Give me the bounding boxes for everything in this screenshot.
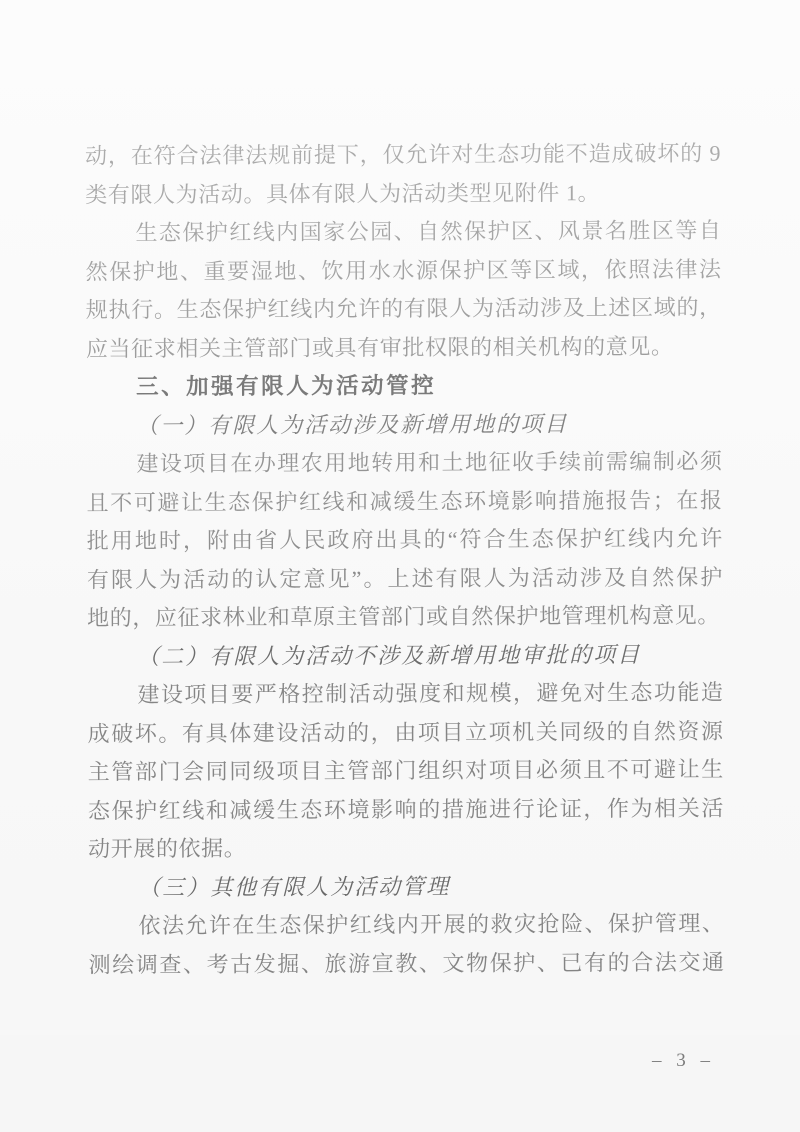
page-number: – 3 – <box>652 1050 715 1072</box>
body-text-line: 动，在符合法律法规前提下，仅允许对生态功能不造成破坏的 9 <box>85 135 721 176</box>
section-heading-line: 三、加强有限人为活动管控 <box>86 366 722 407</box>
document-text-block: 动，在符合法律法规前提下，仅允许对生态功能不造成破坏的 9类有限人为活动。具体有… <box>85 135 725 985</box>
body-text-line: 主管部门会同同级项目主管部门组织对项目必须且不可避让生 <box>88 751 724 792</box>
body-text-line: 地的，应征求林业和草原主管部门或自然保护地管理机构意见。 <box>87 597 723 638</box>
body-text-line: 态保护红线和减缓生态环境影响的措施进行论证，作为相关活 <box>88 789 724 830</box>
subsection-heading-line: （三）其他有限人为活动管理 <box>88 866 724 907</box>
body-text-line: 且不可避让生态保护红线和减缓生态环境影响措施报告；在报 <box>87 481 723 522</box>
body-text-line: 规执行。生态保护红线内允许的有限人为活动涉及上述区域的， <box>86 289 722 330</box>
subsection-heading-line: （二）有限人为活动不涉及新增用地审批的项目 <box>87 635 723 676</box>
subsection-heading-line: （一）有限人为活动涉及新增用地的项目 <box>86 404 722 445</box>
body-text-line: 有限人为活动的认定意见”。上述有限人为活动涉及自然保护 <box>87 558 723 599</box>
body-text-line: 建设项目要严格控制活动强度和规模，避免对生态功能造 <box>87 674 723 715</box>
body-text-line: 建设项目在办理农用地转用和土地征收手续前需编制必须 <box>86 443 722 484</box>
body-text-line: 类有限人为活动。具体有限人为活动类型见附件 1。 <box>85 173 721 214</box>
body-text-line: 动开展的依据。 <box>88 828 724 869</box>
body-text-line: 依法允许在生态保护红线内开展的救灾抢险、保护管理、 <box>88 905 724 946</box>
body-text-line: 批用地时，附由省人民政府出具的“符合生态保护红线内允许 <box>87 520 723 561</box>
scanned-document-page: 动，在符合法律法规前提下，仅允许对生态功能不造成破坏的 9类有限人为活动。具体有… <box>0 0 800 1132</box>
body-text-line: 成破坏。有具体建设活动的，由项目立项机关同级的自然资源 <box>88 712 724 753</box>
body-text-line: 然保护地、重要湿地、饮用水水源保护区等区域，依照法律法 <box>86 250 722 291</box>
body-text-line: 测绘调查、考古发掘、旅游宣教、文物保护、已有的合法交通 <box>89 943 725 984</box>
body-text-line: 应当征求相关主管部门或具有审批权限的相关机构的意见。 <box>86 327 722 368</box>
body-text-line: 生态保护红线内国家公园、自然保护区、风景名胜区等自 <box>85 212 721 253</box>
